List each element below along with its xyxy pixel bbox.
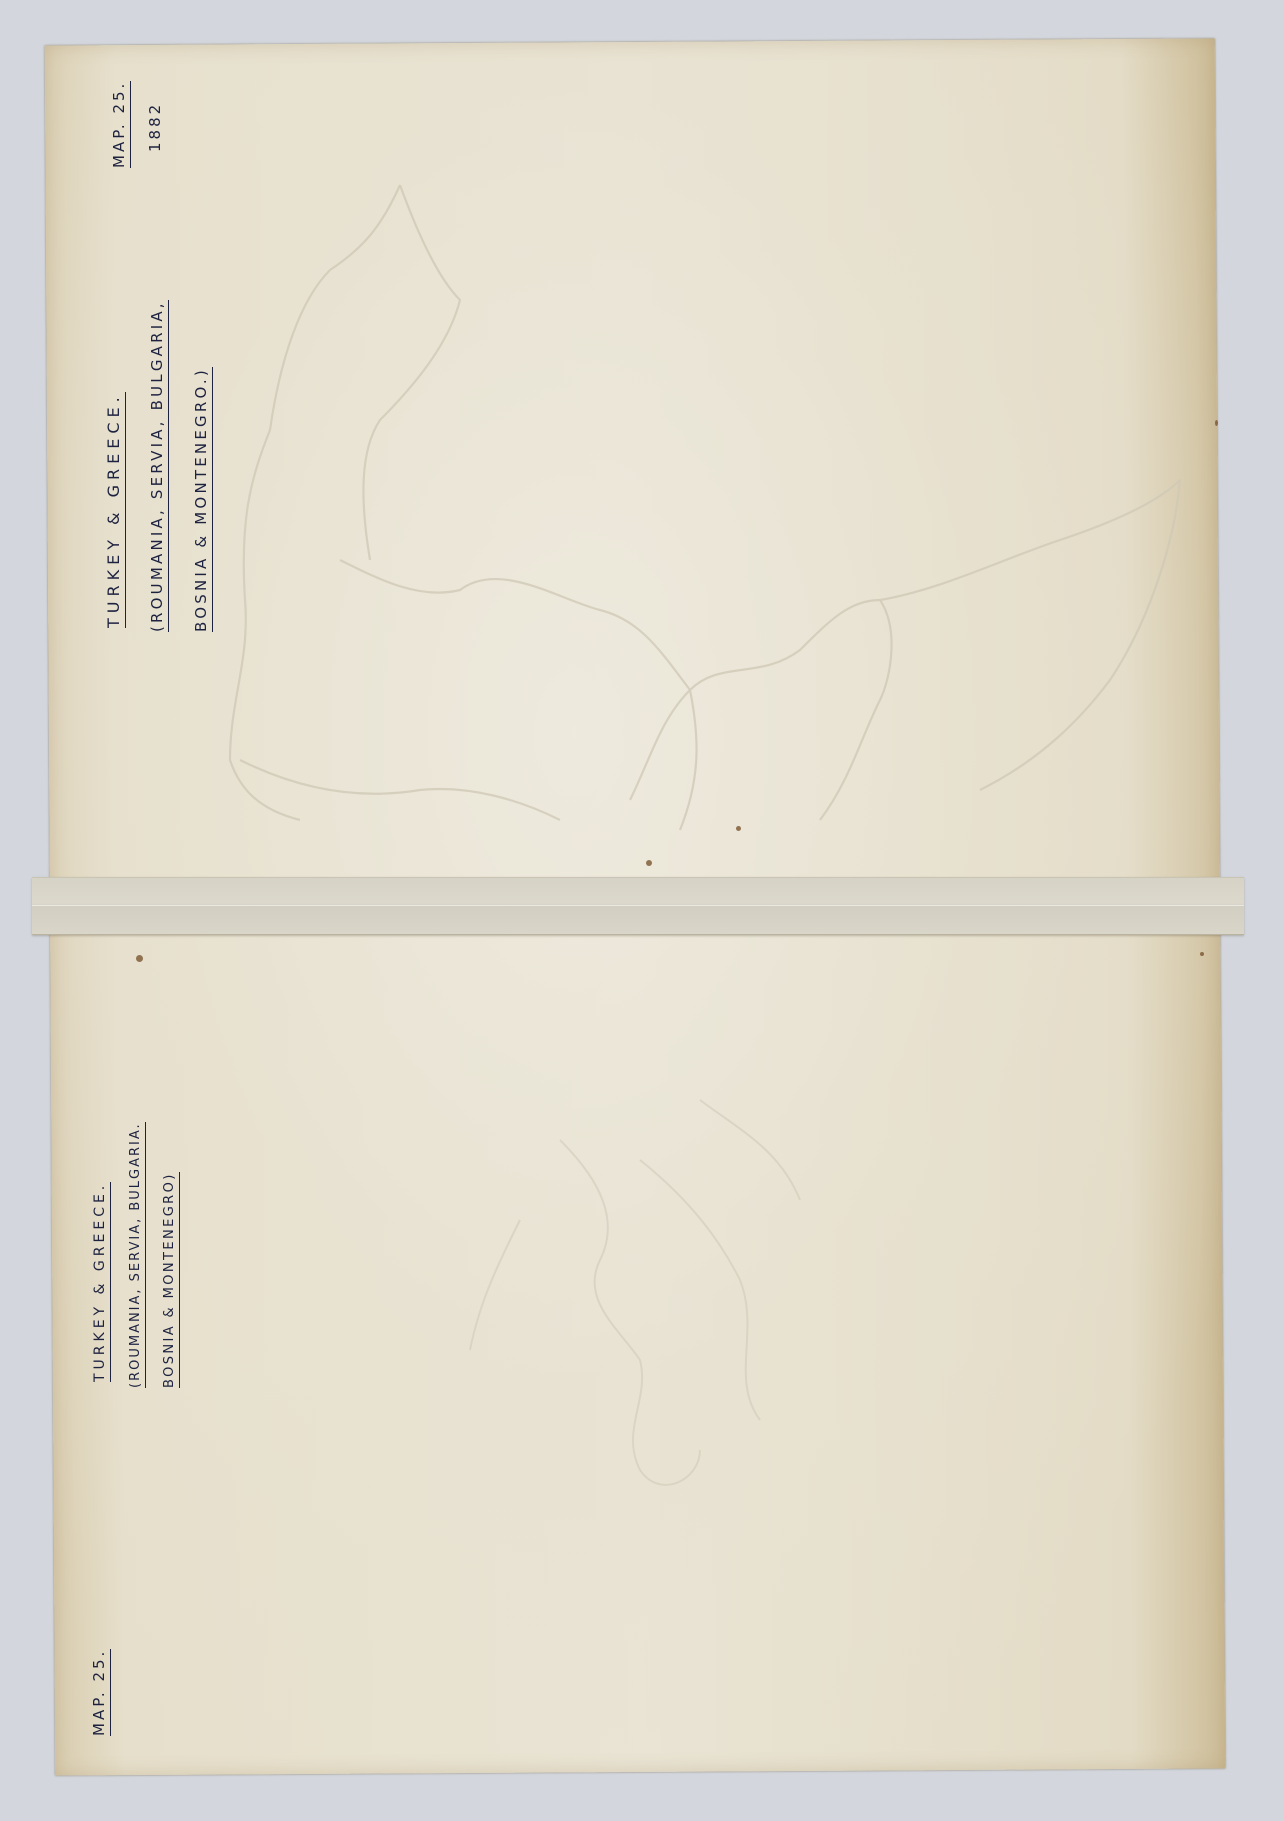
foxing-spot xyxy=(646,860,652,866)
title-line-3-top: BOSNIA & MONTENEGRO.) xyxy=(192,367,213,632)
title-line-2-bottom: (ROUMANIA, SERVIA, BULGARIA. xyxy=(128,1122,146,1388)
title-line-1-bottom: TURKEY & GREECE. xyxy=(92,1182,111,1382)
title-line-2-top: (ROUMANIA, SERVIA, BULGARIA, xyxy=(148,300,169,632)
title-line-1-top: TURKEY & GREECE. xyxy=(104,392,126,628)
map-number-label-bottom: MAP. 25. xyxy=(90,1649,111,1736)
foxing-spot xyxy=(1200,952,1204,956)
foxing-spot xyxy=(136,955,143,962)
map-number-label-top: MAP. 25. xyxy=(110,81,131,168)
foxing-spot xyxy=(1215,420,1218,426)
foxing-spot xyxy=(736,826,741,831)
year-label: 1882 xyxy=(146,102,164,152)
hinge-strip xyxy=(32,877,1244,935)
title-line-3-bottom: BOSNIA & MONTENEGRO) xyxy=(162,1172,180,1388)
